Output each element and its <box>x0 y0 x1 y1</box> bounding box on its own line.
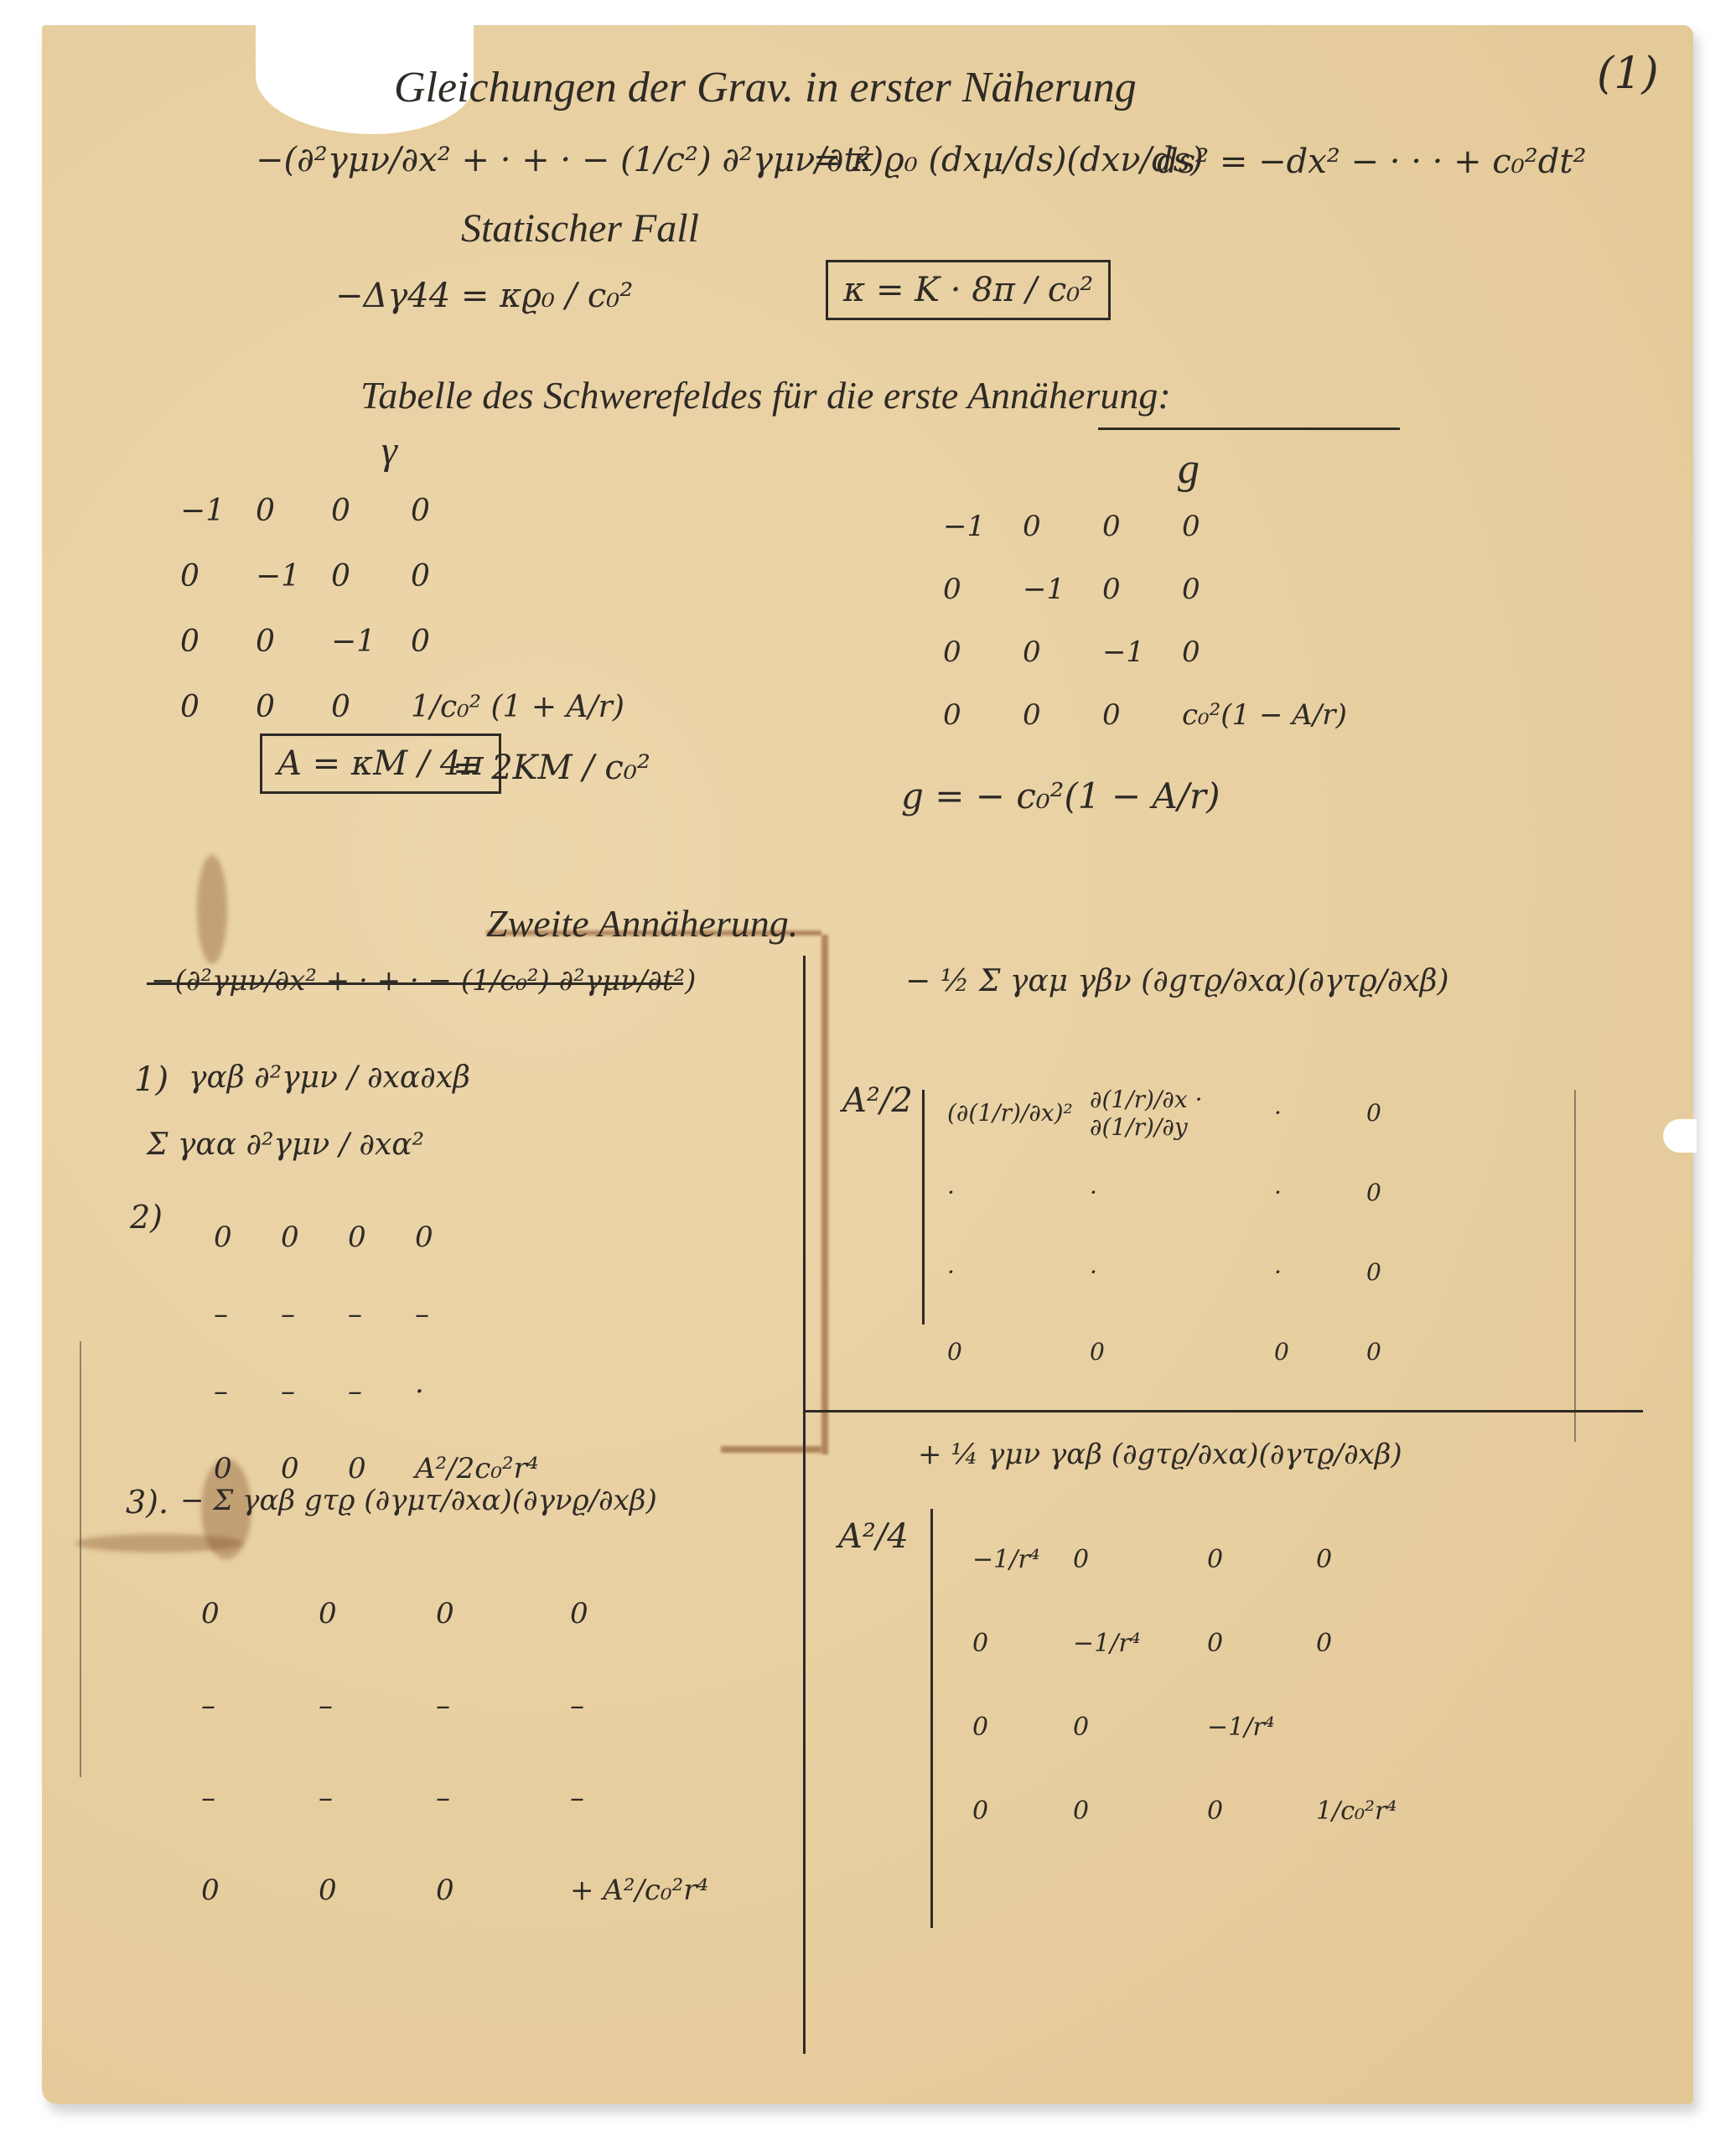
term2-cell: – <box>214 1276 281 1353</box>
faint-left-margin-line <box>80 1341 81 1777</box>
right-a-cell: ∂(1/r)/∂x · ∂(1/r)/∂y <box>1090 1073 1274 1153</box>
g-cell: −1 <box>1023 557 1102 620</box>
term2-cell: 0 <box>214 1199 281 1276</box>
right-b-cell: 0 <box>1207 1601 1316 1685</box>
term3-cell: – <box>570 1660 771 1752</box>
gamma-matrix: −1 0 0 0 0 −1 0 0 0 0 −1 0 0 0 0 1/c₀² (… <box>180 478 645 739</box>
gamma-cell: 0 <box>180 609 256 674</box>
ink-stain-streak <box>75 1534 243 1552</box>
term3-cell: – <box>436 1660 570 1752</box>
term2-cell: – <box>348 1276 415 1353</box>
term3-cell: 0 <box>319 1844 436 1936</box>
g-cell: −1 <box>943 495 1023 557</box>
center-divider-line <box>803 956 806 2054</box>
term2-cell: · <box>415 1353 599 1430</box>
gamma-cell: 0 <box>180 543 256 609</box>
g-cell: 0 <box>1102 557 1182 620</box>
term2-cell: – <box>281 1353 348 1430</box>
right-a-matrix-bar <box>922 1090 925 1324</box>
right-b-cell: 0 <box>1073 1685 1207 1769</box>
right-a-cell: · <box>1274 1073 1366 1153</box>
right-b-cell: 0 <box>972 1685 1073 1769</box>
term3-cell: – <box>201 1752 319 1844</box>
gamma-cell: 0 <box>331 478 411 543</box>
right-term-b-factor: A²/4 <box>838 1517 909 1556</box>
gamma-cell: −1 <box>256 543 331 609</box>
term2-cell: – <box>348 1353 415 1430</box>
term2-cell: 0 <box>415 1199 599 1276</box>
torn-edge-notch <box>1663 1119 1697 1153</box>
right-a-cell: · <box>1090 1232 1274 1312</box>
right-term-b-expression: + ¼ γμν γαβ (∂gτϱ/∂xα)(∂γτϱ/∂xβ) <box>918 1438 1402 1471</box>
term3-cell: 0 <box>436 1844 570 1936</box>
g-cell: 0 <box>1182 620 1400 683</box>
right-section-divider <box>805 1410 1643 1413</box>
term3-cell: + A²/c₀²r⁴ <box>570 1844 771 1936</box>
term2-cell: 0 <box>281 1199 348 1276</box>
g-cell: 0 <box>1023 620 1102 683</box>
page-number: (1) <box>1597 49 1659 99</box>
second-approximation-heading: Zweite Annäherung. <box>486 901 798 946</box>
g-label: g <box>1178 444 1200 494</box>
term3-cell: – <box>319 1752 436 1844</box>
faint-right-margin-line <box>1574 1090 1576 1442</box>
first-approximation-heading: Tabelle des Schwerefeldes für die erste … <box>360 373 1171 420</box>
term3-matrix: 0 0 0 0 – – – – – – – – 0 0 0 + A²/c₀²r⁴ <box>201 1568 771 1936</box>
term3-cell: 0 <box>201 1844 319 1936</box>
term1-label: 1) <box>134 1060 168 1099</box>
g-cell: 0 <box>1102 683 1182 746</box>
gamma-cell: 1/c₀² (1 + A/r) <box>411 674 645 739</box>
right-b-cell: 0 <box>1073 1517 1207 1601</box>
field-equation-rhs: = κ ϱ₀ (dxμ/ds)(dxν/ds) <box>813 141 1204 179</box>
strikethrough-line <box>147 982 683 985</box>
gamma-cell: −1 <box>180 478 256 543</box>
right-b-cell: 0 <box>1316 1517 1450 1601</box>
g-cell: c₀²(1 − A/r) <box>1182 683 1400 746</box>
term2-matrix: 0 0 0 0 – – – – – – – · 0 0 0 A²/2c₀²r⁴ <box>214 1199 599 1507</box>
right-term-a-expression: − ½ Σ γαμ γβν (∂gτϱ/∂xα)(∂γτϱ/∂xβ) <box>905 964 1449 998</box>
right-a-cell: 0 <box>1274 1312 1366 1392</box>
heading-underline <box>1098 428 1400 430</box>
gamma-cell: 0 <box>331 674 411 739</box>
right-a-cell: · <box>1090 1153 1274 1232</box>
right-b-cell: 0 <box>972 1769 1073 1853</box>
g-cell: 0 <box>1182 495 1400 557</box>
line-element: ds² = −dx² − · · · + c₀²dt² <box>1157 143 1586 181</box>
right-a-cell: · <box>947 1232 1090 1312</box>
right-b-cell: −1/r⁴ <box>1073 1601 1207 1685</box>
ink-stain-top-left <box>197 855 227 964</box>
g-cell: 0 <box>1102 495 1182 557</box>
gamma-cell: 0 <box>411 609 645 674</box>
term1-expression-a: γαβ ∂²γμν / ∂xα∂xβ <box>189 1060 470 1095</box>
right-b-cell: 0 <box>972 1601 1073 1685</box>
crossed-out-equation: −(∂²γμν/∂x² + · + · − (1/c₀²) ∂²γμν/∂t²) <box>151 964 696 998</box>
term3-cell: – <box>201 1660 319 1752</box>
gamma-cell: 0 <box>256 478 331 543</box>
term3-label: 3). <box>126 1484 168 1521</box>
gamma-cell: −1 <box>331 609 411 674</box>
right-a-cell: (∂(1/r)/∂x)² <box>947 1073 1090 1153</box>
g-cell: 0 <box>943 557 1023 620</box>
g-cell: −1 <box>1102 620 1182 683</box>
term3-expression: − Σ γαβ gτϱ (∂γμτ/∂xα)(∂γνϱ/∂xβ) <box>180 1484 657 1517</box>
gamma-label: γ <box>381 428 397 474</box>
g-cell: 0 <box>1023 495 1102 557</box>
right-a-cell: 0 <box>1366 1312 1433 1392</box>
right-term-a-factor: A²/2 <box>842 1081 913 1120</box>
right-a-cell: 0 <box>947 1312 1090 1392</box>
poisson-equation: −Δγ44 = κϱ₀ / c₀² <box>335 277 633 315</box>
right-b-cell: 0 <box>1316 1601 1450 1685</box>
gamma-cell: 0 <box>256 674 331 739</box>
right-b-cell: 0 <box>1207 1769 1316 1853</box>
right-b-cell: 0 <box>1207 1517 1316 1601</box>
g-cell: 0 <box>1023 683 1102 746</box>
term3-cell: – <box>436 1752 570 1844</box>
term2-cell: – <box>415 1276 599 1353</box>
right-a-cell: · <box>1274 1232 1366 1312</box>
right-a-cell: · <box>947 1153 1090 1232</box>
g-matrix: −1 0 0 0 0 −1 0 0 0 0 −1 0 0 0 0 c₀²(1 −… <box>943 495 1400 746</box>
g-cell: 0 <box>1182 557 1400 620</box>
term3-cell: 0 <box>319 1568 436 1660</box>
right-b-matrix: −1/r⁴ 0 0 0 0 −1/r⁴ 0 0 0 0 −1/r⁴ 0 0 0 … <box>972 1517 1450 1853</box>
right-a-cell: 0 <box>1366 1153 1433 1232</box>
gamma-cell: 0 <box>256 609 331 674</box>
right-a-cell: 0 <box>1366 1232 1433 1312</box>
g-cell: 0 <box>943 683 1023 746</box>
right-b-cell <box>1316 1685 1450 1769</box>
right-a-cell: · <box>1274 1153 1366 1232</box>
right-a-matrix: (∂(1/r)/∂x)² ∂(1/r)/∂x · ∂(1/r)/∂y · 0 ·… <box>947 1073 1433 1392</box>
term3-cell: 0 <box>201 1568 319 1660</box>
term2-cell: – <box>281 1276 348 1353</box>
term2-cell: – <box>214 1353 281 1430</box>
g-scalar-equation: g = − c₀²(1 − A/r) <box>901 775 1220 816</box>
term2-label: 2) <box>130 1199 163 1236</box>
right-b-cell: −1/r⁴ <box>1207 1685 1316 1769</box>
term3-cell: 0 <box>570 1568 771 1660</box>
term3-cell: – <box>570 1752 771 1844</box>
term3-cell: – <box>319 1660 436 1752</box>
term2-cell: 0 <box>348 1199 415 1276</box>
field-equation-lhs: −(∂²γμν/∂x² + · + · − (1/c²) ∂²γμν/∂t²) <box>256 141 884 179</box>
rust-line-bottom <box>721 1446 821 1453</box>
rust-line-vertical <box>821 935 828 1454</box>
gamma-cell: 0 <box>331 543 411 609</box>
A-equals-expression-visible: = 2KM / c₀² <box>453 749 650 787</box>
page-title: Gleichungen der Grav. in erster Näherung <box>394 63 1137 112</box>
g-cell: 0 <box>943 620 1023 683</box>
gamma-cell: 0 <box>411 543 645 609</box>
right-a-cell: 0 <box>1090 1312 1274 1392</box>
kappa-definition-box: κ = K · 8π / c₀² <box>826 260 1111 320</box>
static-case-heading: Statischer Fall <box>461 205 699 251</box>
right-b-cell: 0 <box>1073 1769 1207 1853</box>
right-b-matrix-bar <box>930 1509 933 1928</box>
term3-cell: 0 <box>436 1568 570 1660</box>
right-a-cell: 0 <box>1366 1073 1433 1153</box>
right-b-cell: 1/c₀²r⁴ <box>1316 1769 1450 1853</box>
right-b-cell: −1/r⁴ <box>972 1517 1073 1601</box>
gamma-cell: 0 <box>411 478 645 543</box>
gamma-cell: 0 <box>180 674 256 739</box>
term1-expression-b: Σ γαα ∂²γμν / ∂xα² <box>147 1127 424 1162</box>
